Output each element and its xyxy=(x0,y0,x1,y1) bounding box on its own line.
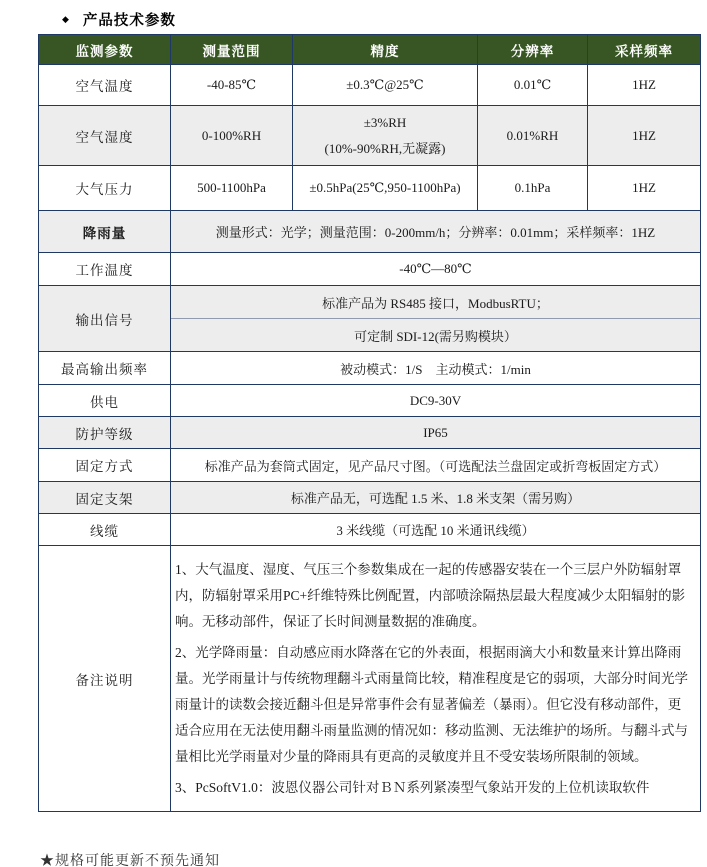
header-measure-range: 测量范围 xyxy=(171,35,293,65)
spec-value: 标准产品为 RS485 接口，ModbusRTU； 可定制 SDI-12(需另购… xyxy=(171,286,701,352)
spec-value: 被动模式：1/S 主动模式：1/min xyxy=(171,352,701,385)
spec-value: 测量形式：光学；测量范围：0-200mm/h；分辨率：0.01mm；采样频率：1… xyxy=(171,211,701,253)
param-range: -40-85℃ xyxy=(171,65,293,106)
header-accuracy: 精度 xyxy=(293,35,478,65)
param-rate: 1HZ xyxy=(588,166,701,211)
param-resolution: 0.01%RH xyxy=(478,106,588,166)
row-air-pressure: 大气压力 500-1100hPa ±0.5hPa(25℃,950-1100hPa… xyxy=(39,166,701,211)
remark-paragraph-3: 3、PcSoftV1.0：波恩仪器公司针对ＢＮ系列紧凑型气象站开发的上位机读取软… xyxy=(175,775,694,801)
spec-label: 防护等级 xyxy=(39,417,171,449)
header-sample-rate: 采样频率 xyxy=(588,35,701,65)
param-range: 500-1100hPa xyxy=(171,166,293,211)
param-rate: 1HZ xyxy=(588,106,701,166)
spec-table: 监测参数 测量范围 精度 分辨率 采样频率 空气温度 -40-85℃ ±0.3℃… xyxy=(38,34,701,812)
param-name: 空气温度 xyxy=(39,65,171,106)
spec-label: 供电 xyxy=(39,385,171,417)
spec-value: 标准产品无，可选配 1.5 米、1.8 米支架（需另购） xyxy=(171,482,701,514)
output-signal-line1: 标准产品为 RS485 接口，ModbusRTU； xyxy=(171,286,700,318)
spec-label: 最高输出频率 xyxy=(39,352,171,385)
param-accuracy: ±0.5hPa(25℃,950-1100hPa) xyxy=(293,166,478,211)
section-title: ◆ 产品技术参数 xyxy=(62,8,707,30)
row-mounting-bracket: 固定支架 标准产品无，可选配 1.5 米、1.8 米支架（需另购） xyxy=(39,482,701,514)
remark-paragraph-1: 1、大气温度、湿度、气压三个参数集成在一起的传感器安装在一个三层户外防辐射罩内，… xyxy=(175,557,694,635)
row-remarks: 备注说明 1、大气温度、湿度、气压三个参数集成在一起的传感器安装在一个三层户外防… xyxy=(39,546,701,812)
param-rate: 1HZ xyxy=(588,65,701,106)
spec-label: 工作温度 xyxy=(39,253,171,286)
diamond-bullet-icon: ◆ xyxy=(62,15,69,24)
accuracy-line1: ±3%RH xyxy=(295,115,475,131)
param-name: 空气湿度 xyxy=(39,106,171,166)
page: ◆ 产品技术参数 监测参数 测量范围 精度 分辨率 采样频率 空气温度 -40-… xyxy=(0,8,707,867)
spec-label: 固定方式 xyxy=(39,449,171,482)
param-range: 0-100%RH xyxy=(171,106,293,166)
row-air-humidity: 空气湿度 0-100%RH ±3%RH (10%-90%RH,无凝露) 0.01… xyxy=(39,106,701,166)
param-resolution: 0.1hPa xyxy=(478,166,588,211)
spec-label: 降雨量 xyxy=(39,211,171,253)
row-operating-temperature: 工作温度 -40℃—80℃ xyxy=(39,253,701,286)
spec-value: 标准产品为套筒式固定，见产品尺寸图。（可选配法兰盘固定或折弯板固定方式） xyxy=(171,449,701,482)
remarks-content: 1、大气温度、湿度、气压三个参数集成在一起的传感器安装在一个三层户外防辐射罩内，… xyxy=(171,546,701,812)
remark-paragraph-2: 2、光学降雨量：自动感应雨水降落在它的外表面，根据雨滴大小和数量来计算出降雨量。… xyxy=(175,640,694,770)
row-max-output-rate: 最高输出频率 被动模式：1/S 主动模式：1/min xyxy=(39,352,701,385)
accuracy-line2: (10%-90%RH,无凝露) xyxy=(295,138,475,157)
spec-label: 备注说明 xyxy=(39,546,171,812)
spec-value: -40℃—80℃ xyxy=(171,253,701,286)
spec-value: DC9-30V xyxy=(171,385,701,417)
row-protection-rating: 防护等级 IP65 xyxy=(39,417,701,449)
spec-update-footnote: ★规格可能更新不预先通知 xyxy=(40,850,220,867)
section-title-text: 产品技术参数 xyxy=(83,9,176,30)
output-signal-line2: 可定制 SDI-12(需另购模块） xyxy=(171,318,700,351)
spec-label: 固定支架 xyxy=(39,482,171,514)
spec-value: IP65 xyxy=(171,417,701,449)
row-rainfall: 降雨量 测量形式：光学；测量范围：0-200mm/h；分辨率：0.01mm；采样… xyxy=(39,211,701,253)
row-air-temperature: 空气温度 -40-85℃ ±0.3℃@25℃ 0.01℃ 1HZ xyxy=(39,65,701,106)
row-output-signal: 输出信号 标准产品为 RS485 接口，ModbusRTU； 可定制 SDI-1… xyxy=(39,286,701,352)
row-power-supply: 供电 DC9-30V xyxy=(39,385,701,417)
param-accuracy: ±3%RH (10%-90%RH,无凝露) xyxy=(293,106,478,166)
spec-label: 线缆 xyxy=(39,514,171,546)
param-accuracy: ±0.3℃@25℃ xyxy=(293,65,478,106)
table-header-row: 监测参数 测量范围 精度 分辨率 采样频率 xyxy=(39,35,701,65)
row-cable: 线缆 3 米线缆（可选配 10 米通讯线缆） xyxy=(39,514,701,546)
header-resolution: 分辨率 xyxy=(478,35,588,65)
header-monitor-param: 监测参数 xyxy=(39,35,171,65)
param-resolution: 0.01℃ xyxy=(478,65,588,106)
row-mounting-method: 固定方式 标准产品为套筒式固定，见产品尺寸图。（可选配法兰盘固定或折弯板固定方式… xyxy=(39,449,701,482)
spec-label: 输出信号 xyxy=(39,286,171,352)
param-name: 大气压力 xyxy=(39,166,171,211)
spec-value: 3 米线缆（可选配 10 米通讯线缆） xyxy=(171,514,701,546)
